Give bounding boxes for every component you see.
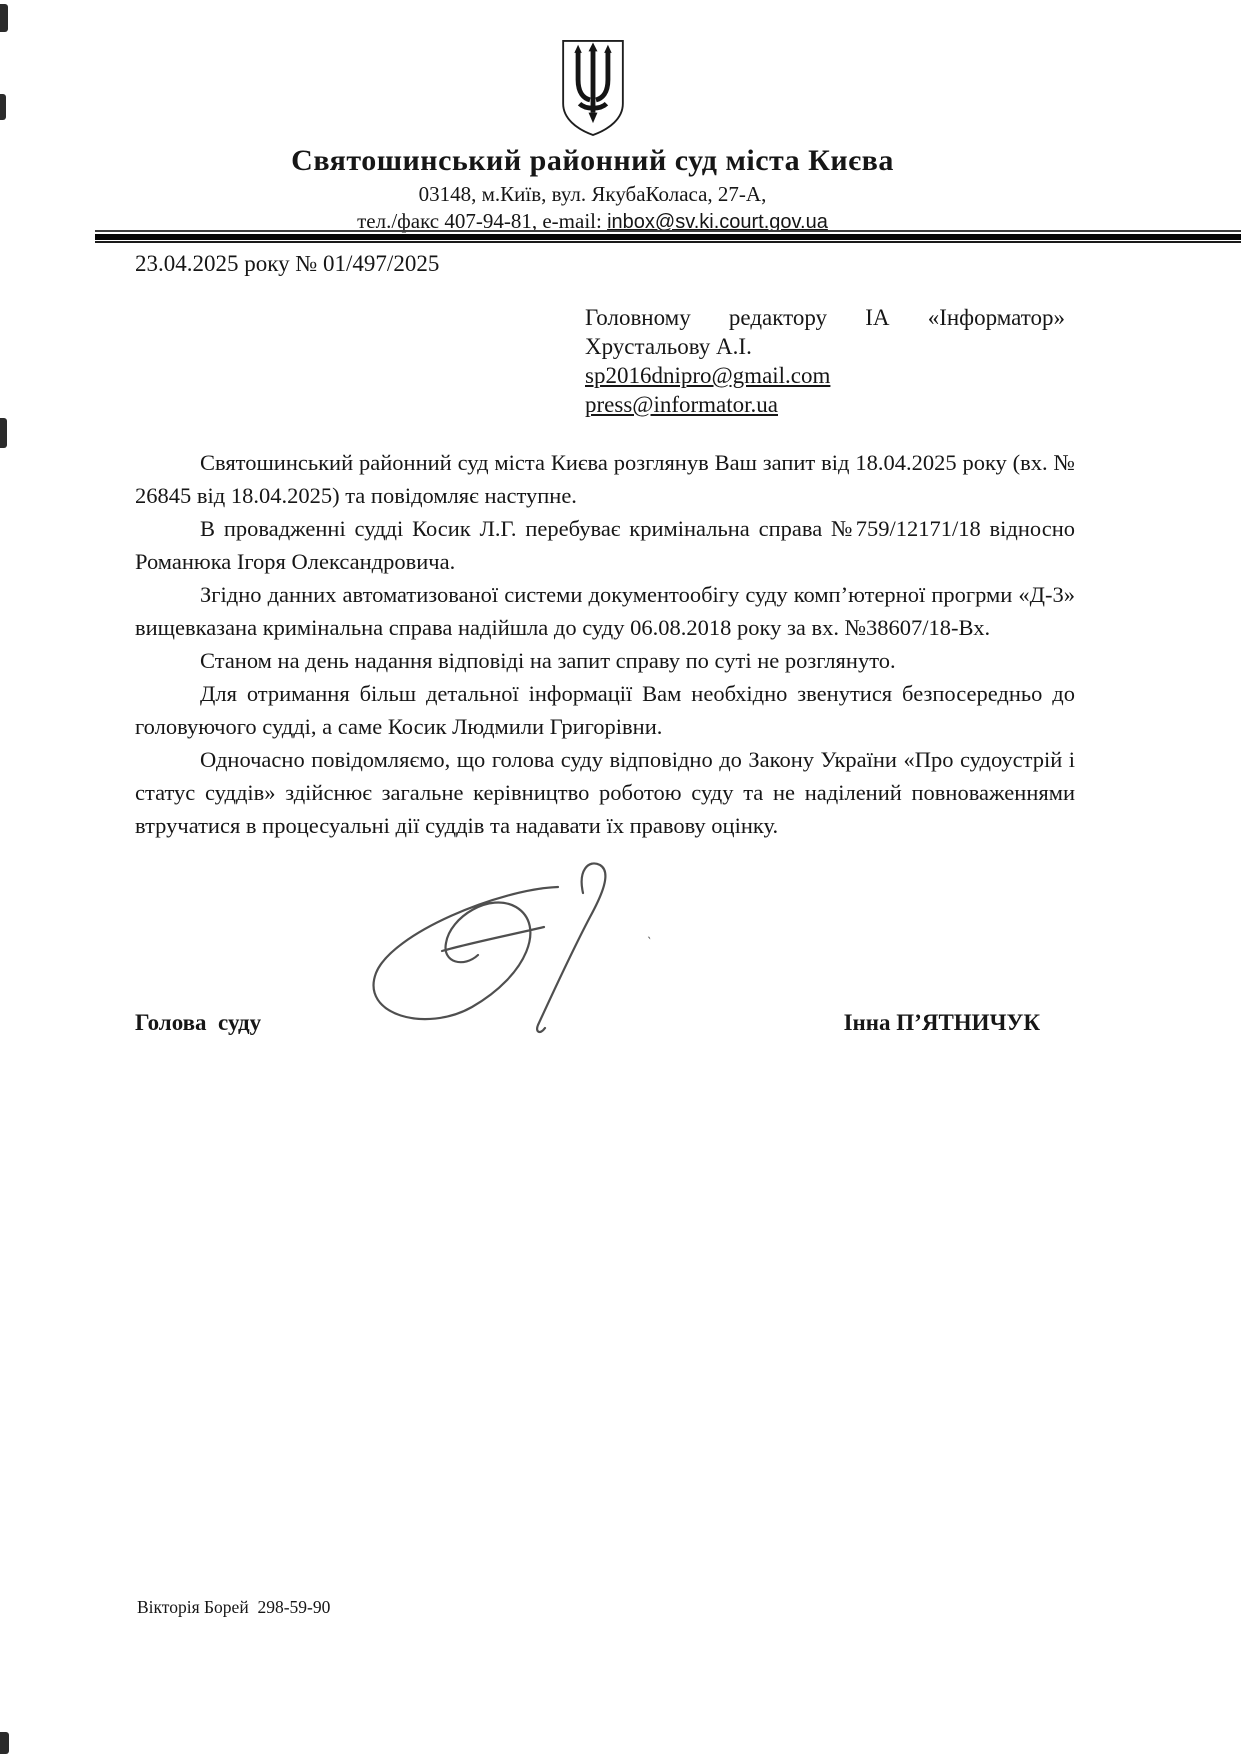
- signer-role: Голова суду: [135, 1010, 261, 1036]
- addressee-block: Головному редактору ІА «Інформатор» Хрус…: [585, 303, 1065, 419]
- court-name: Святошинський районний суд міста Києва: [0, 144, 1185, 178]
- scan-artifact: [0, 418, 7, 448]
- scan-artifact: [0, 4, 8, 32]
- body-paragraph: Святошинський районний суд міста Києва р…: [135, 446, 1075, 512]
- body-paragraph: Згідно данних автоматизованої системи до…: [135, 578, 1075, 644]
- ukraine-trident-emblem-icon: [555, 38, 631, 138]
- letter-body: Святошинський районний суд міста Києва р…: [135, 446, 1075, 842]
- court-address: 03148, м.Київ, вул. ЯкубаКоласа, 27-А,: [0, 182, 1185, 207]
- body-paragraph: Одночасно повідомляємо, що голова суду в…: [135, 743, 1075, 842]
- letterhead: Святошинський районний суд міста Києва 0…: [0, 38, 1185, 236]
- signer-name: Інна П’ЯТНИЧУК: [844, 1010, 1040, 1036]
- scanned-letter-page: Святошинський районний суд міста Києва 0…: [0, 0, 1241, 1754]
- body-paragraph: Для отримання більш детальної інформації…: [135, 677, 1075, 743]
- addressee-name: Хрустальову А.І.: [585, 332, 1065, 361]
- signature-row: Голова суду Інна П’ЯТНИЧУК: [135, 1010, 1040, 1036]
- addressee-title: Головному редактору ІА «Інформатор»: [585, 303, 1065, 332]
- executor-line: Вікторія Борей 298-59-90: [137, 1597, 330, 1618]
- scan-artifact: [0, 1732, 9, 1754]
- body-paragraph: В провадженні судді Косик Л.Г. перебуває…: [135, 512, 1075, 578]
- header-divider-rule: [95, 230, 1241, 243]
- reference-line: 23.04.2025 року № 01/497/2025: [135, 251, 439, 277]
- addressee-email-2: press@informator.ua: [585, 390, 1065, 419]
- body-paragraph: Станом на день надання відповіді на запи…: [135, 644, 1075, 677]
- addressee-email-1: sp2016dnipro@gmail.com: [585, 361, 1065, 390]
